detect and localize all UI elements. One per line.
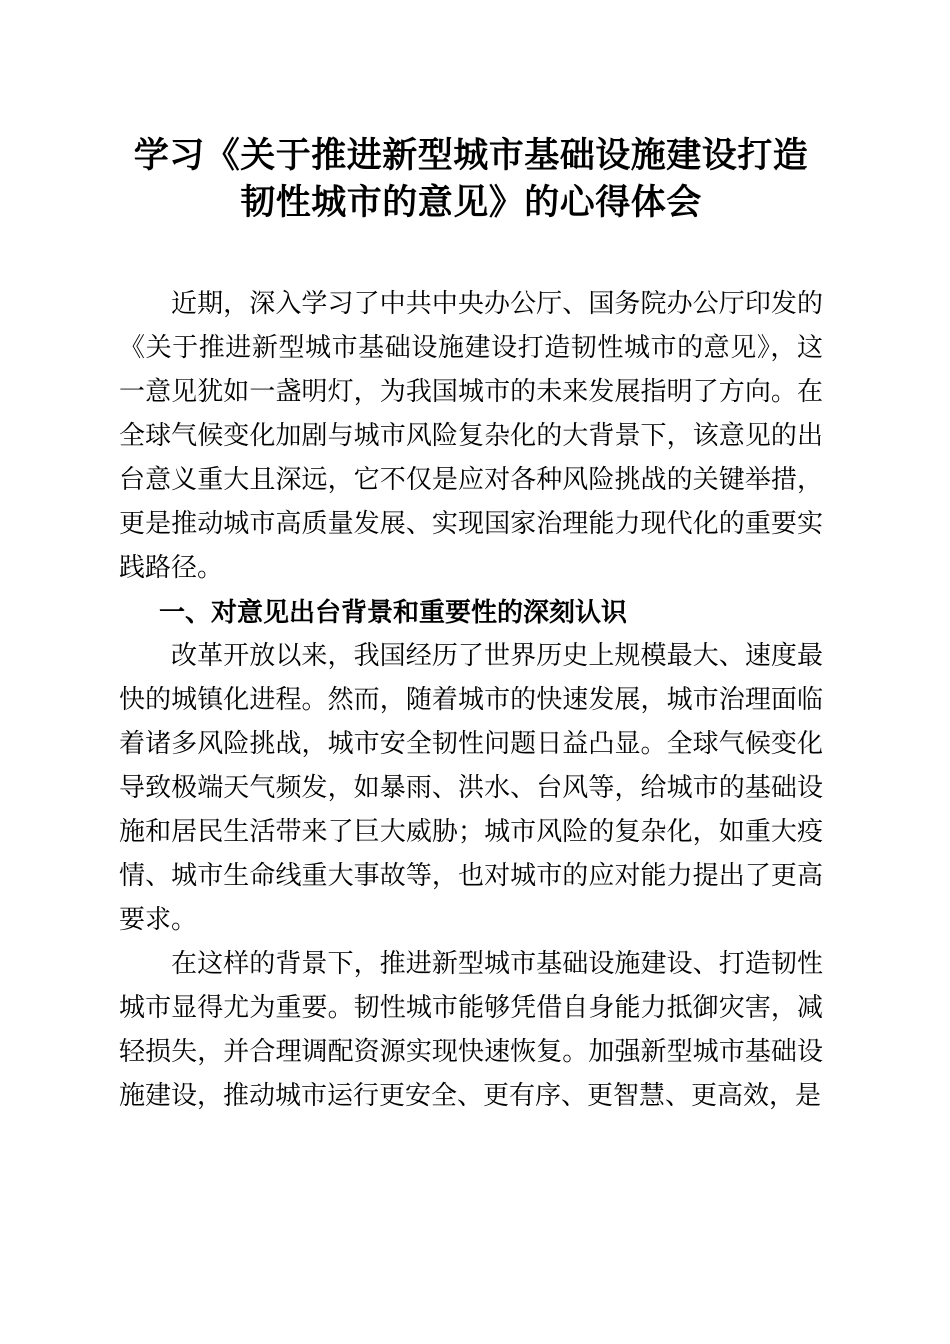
section-heading: 一、对意见出台背景和重要性的深刻认识	[119, 590, 823, 634]
paragraph: 近期，深入学习了中共中央办公厅、国务院办公厅印发的《关于推进新型城市基础设施建设…	[119, 282, 823, 590]
paragraph: 在这样的背景下，推进新型城市基础设施建设、打造韧性城市显得尤为重要。韧性城市能够…	[119, 942, 823, 1118]
paragraph: 改革开放以来，我国经历了世界历史上规模最大、速度最快的城镇化进程。然而，随着城市…	[119, 634, 823, 942]
page-content: 学习《关于推进新型城市基础设施建设打造韧性城市的意见》的心得体会 近期，深入学习…	[119, 0, 823, 1118]
document-page: 学习《关于推进新型城市基础设施建设打造韧性城市的意见》的心得体会 近期，深入学习…	[0, 0, 950, 1344]
document-title: 学习《关于推进新型城市基础设施建设打造韧性城市的意见》的心得体会	[119, 132, 823, 226]
document-body: 近期，深入学习了中共中央办公厅、国务院办公厅印发的《关于推进新型城市基础设施建设…	[119, 282, 823, 1118]
